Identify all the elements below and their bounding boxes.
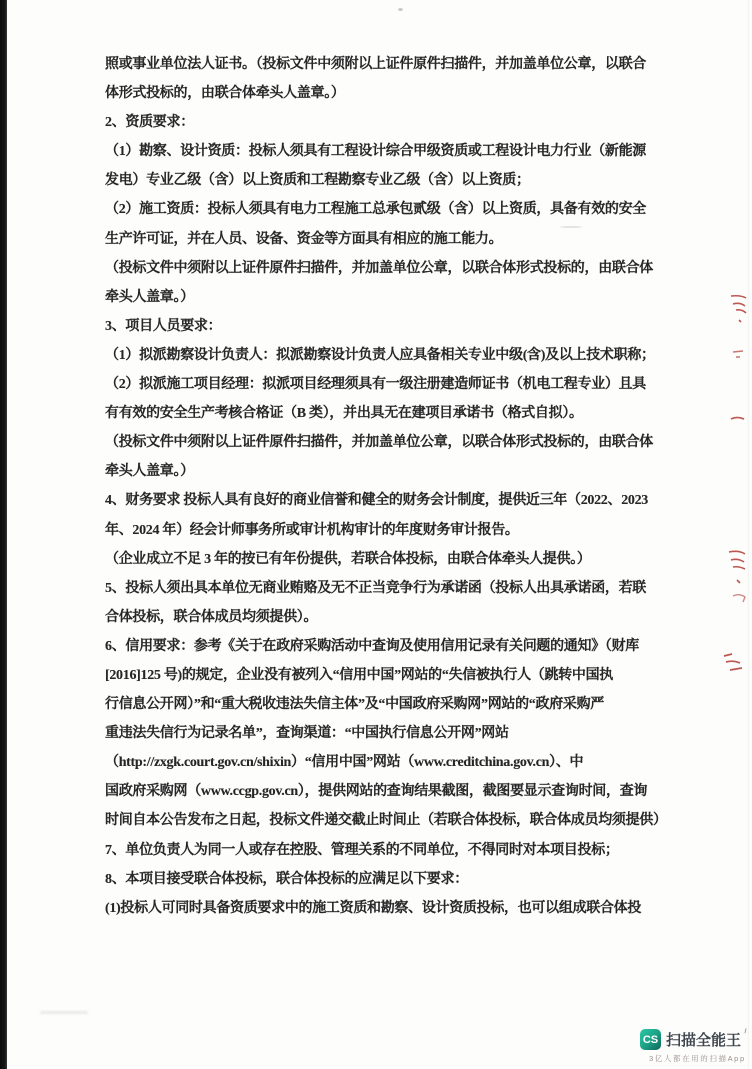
text-line: （1）拟派勘察设计负责人：拟派勘察设计负责人应具备相关专业中级(含)及以上技术职…	[105, 341, 665, 370]
text-line: 3、项目人员要求：	[105, 312, 665, 341]
text-line: 时间自本公告发布之日起，投标文件递交截止时间止（若联合体投标，联合体成员均须提供…	[105, 806, 665, 835]
scan-speck	[560, 226, 582, 228]
text-line: （2）拟派施工项目经理：拟派项目经理须具有一级注册建造师证书（机电工程专业）且具	[105, 370, 665, 399]
red-ink-mark	[727, 293, 749, 335]
text-line: 发电）专业乙级（含）以上资质和工程勘察专业乙级（含）以上资质；	[105, 166, 665, 195]
red-ink-mark	[731, 348, 747, 360]
text-line: 牵头人盖章。）	[105, 457, 665, 486]
scanner-edge-strip	[0, 0, 7, 1069]
text-line: 年、2024 年）经会计师事务所或审计机构审计的年度财务审计报告。	[105, 516, 665, 545]
text-line: 生产许可证，并在人员、设备、资金等方面具有相应的施工能力。	[105, 225, 665, 254]
red-ink-mark	[729, 414, 747, 424]
text-line: 国政府采购网（www.ccgp.gov.cn），提供网站的查询结果截图，截图要显…	[105, 777, 665, 806]
text-line: （2）施工资质：投标人须具有电力工程施工总承包贰级（含）以上资质，具备有效的安全	[105, 195, 665, 224]
text-line: （投标文件中须附以上证件原件扫描件，并加盖单位公章，以联合体形式投标的，由联合体	[105, 254, 665, 283]
page-edge-shadow	[747, 0, 749, 1069]
text-line: 合体投标，联合体成员均须提供）。	[105, 603, 665, 632]
red-ink-mark	[720, 648, 748, 676]
text-line: 7、单位负责人为同一人或存在控股、管理关系的不同单位，不得同时对本项目投标；	[105, 836, 665, 865]
text-line: 5、投标人须出具本单位无商业贿赂及无不正当竞争行为承诺函（投标人出具承诺函，若联	[105, 574, 665, 603]
text-line: （投标文件中须附以上证件原件扫描件，并加盖单位公章，以联合体形式投标的，由联合体	[105, 428, 665, 457]
text-line: 6、信用要求：参考《关于在政府采购活动中查询及使用信用记录有关问题的通知》（财库	[105, 632, 665, 661]
watermark-app-name: 扫描全能王	[666, 1029, 741, 1050]
document-body: 照或事业单位法人证书。（投标文件中须附以上证件原件扫描件，并加盖单位公章，以联合…	[105, 50, 665, 923]
text-line: 2、资质要求：	[105, 108, 665, 137]
text-line: （1）勘察、设计资质：投标人须具有工程设计综合甲级资质或工程设计电力行业（新能源	[105, 137, 665, 166]
text-line: （企业成立不足 3 年的按已有年份提供，若联合体投标，由联合体牵头人提供。）	[105, 545, 665, 574]
text-line: 行信息公开网）”和“重大税收违法失信主体”及“中国政府采购网”网站的“政府采购严	[105, 690, 665, 719]
trademark-tick	[742, 1028, 747, 1034]
text-line: 4、财务要求 投标人具有良好的商业信誉和健全的财务会计制度，提供近三年（2022…	[105, 486, 665, 515]
text-line: [2016]125 号)的规定，企业没有被列入“信用中国”网站的“失信被执行人（…	[105, 661, 665, 690]
watermark-tagline: 3亿人都在用的扫描App	[649, 1053, 748, 1064]
text-line: 体形式投标的，由联合体牵头人盖章。）	[105, 79, 665, 108]
scan-smudge	[40, 1011, 88, 1014]
text-line: (1)投标人可同时具备资质要求中的施工资质和勘察、设计资质投标，也可以组成联合体…	[105, 894, 665, 923]
scan-speck	[398, 8, 403, 11]
text-line: 有有效的安全生产考核合格证（B 类），并出具无在建项目承诺书（格式自拟）。	[105, 399, 665, 428]
text-line: （http://zxgk.court.gov.cn/shixin）“信用中国”网…	[105, 748, 665, 777]
text-line: 照或事业单位法人证书。（投标文件中须附以上证件原件扫描件，并加盖单位公章，以联合	[105, 50, 665, 79]
text-line: 8、本项目接受联合体投标，联合体投标的应满足以下要求：	[105, 865, 665, 894]
red-ink-mark	[723, 548, 749, 606]
camscanner-watermark: CS 扫描全能王 3亿人都在用的扫描App	[640, 1029, 748, 1065]
text-line: 重违法失信行为记录名单”，查询渠道：“中国执行信息公开网”网站	[105, 719, 665, 748]
text-line: 牵头人盖章。）	[105, 283, 665, 312]
camscanner-logo-icon: CS	[640, 1029, 661, 1050]
